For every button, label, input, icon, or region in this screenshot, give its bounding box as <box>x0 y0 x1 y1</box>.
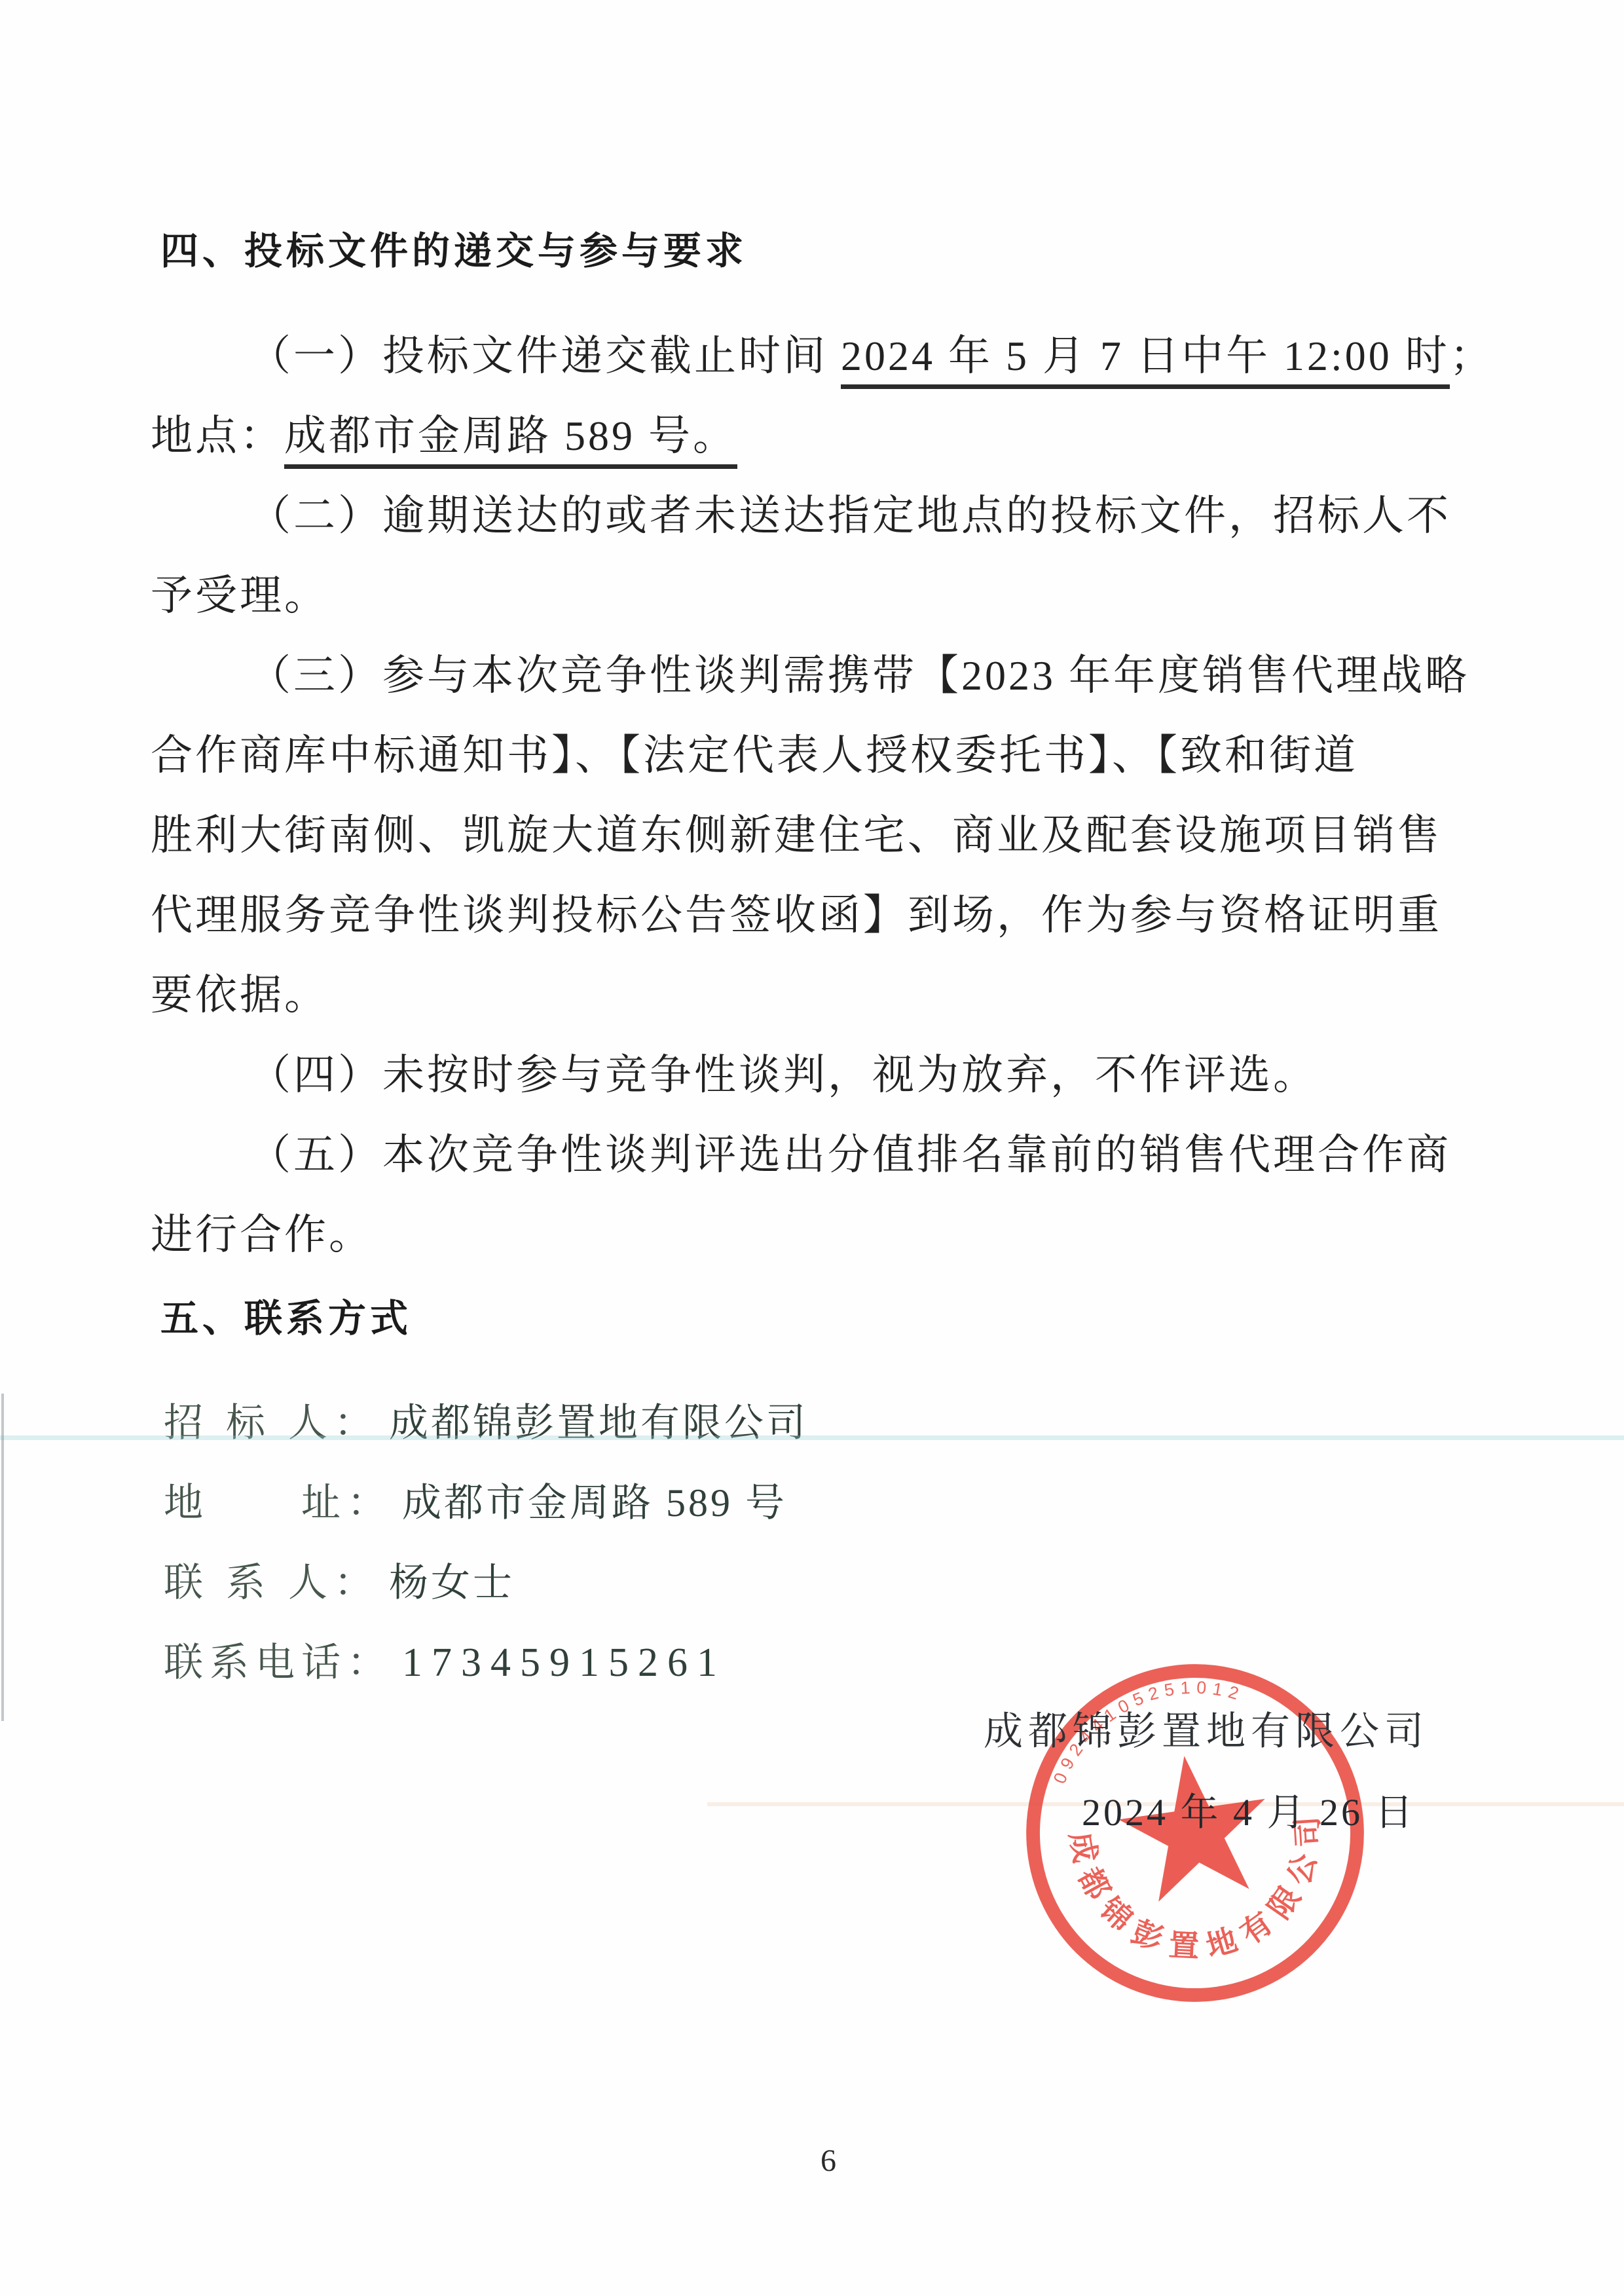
body-line: 予受理。 <box>151 566 1473 626</box>
body-line: 进行合作。 <box>151 1205 1473 1265</box>
line-text: 合作商库中标通知书】、【法定代表人授权委托书】、【致和街道 <box>151 732 1358 779</box>
line-text: 代理服务竞争性谈判投标公告签收函】到场，作为参与资格证明重 <box>151 892 1442 938</box>
line-text: 予受理。 <box>151 572 329 619</box>
scan-artifact-horizontal-line <box>0 1435 1624 1440</box>
body-line: （二）逾期送达的或者未送达指定地点的投标文件，招标人不 <box>151 486 1572 546</box>
section5-heading: 五、联系方式 <box>160 1287 1208 1342</box>
section4-heading: 四、投标文件的递交与参与要求 <box>160 220 1208 275</box>
body-line: （四）未按时参与竞争性谈判，视为放弃，不作评选。 <box>151 1045 1572 1105</box>
contact-value: 成都市金周路 589 号 <box>402 1481 787 1525</box>
line-text: （二）逾期送达的或者未送达指定地点的投标文件，招标人不 <box>249 492 1451 539</box>
line-text: 胜利大街南侧、凯旋大道东侧新建住宅、商业及配套设施项目销售 <box>151 812 1442 859</box>
contact-row: 招 标 人：成都锦彭置地有限公司 <box>164 1394 1146 1453</box>
contact-row: 地 址：成都市金周路 589 号 <box>164 1473 1146 1532</box>
document-page-6: { "colors": { "seal_red": "#e8473d", "bo… <box>0 0 1624 2296</box>
page-number: 6 <box>786 2143 871 2179</box>
page-background: 四、投标文件的递交与参与要求 （一）投标文件递交截止时间 2024 年 5 月 … <box>0 0 1624 2296</box>
body-line: 地点：成都市金周路 589 号。 <box>151 406 1473 466</box>
contact-label: 联系电话： <box>164 1641 393 1684</box>
line-text: （三）参与本次竞争性谈判需携带【2023 年年度销售代理战略 <box>249 652 1469 699</box>
line-text: 要依据。 <box>151 972 329 1018</box>
body-line: 要依据。 <box>151 965 1473 1026</box>
scan-artifact-left-edge-line <box>1 1394 4 1721</box>
body-line: 代理服务竞争性谈判投标公告签收函】到场，作为参与资格证明重 <box>151 885 1473 946</box>
line-text: （一）投标文件递交截止时间 <box>249 333 841 379</box>
line-text: 进行合作。 <box>151 1212 373 1258</box>
underlined-text: 成都市金周路 589 号。 <box>284 413 737 469</box>
body-line: （五）本次竞争性谈判评选出分值排名靠前的销售代理合作商 <box>151 1125 1572 1185</box>
body-line: 胜利大街南侧、凯旋大道东侧新建住宅、商业及配套设施项目销售 <box>151 805 1473 866</box>
contact-row: 联 系 人：杨女士 <box>164 1553 1146 1612</box>
body-line: （一）投标文件递交截止时间 2024 年 5 月 7 日中午 12:00 时； <box>151 326 1572 386</box>
contact-value: 杨女士 <box>389 1561 515 1604</box>
contact-label: 联 系 人： <box>164 1561 380 1604</box>
signature-date: 2024 年 4 月 26 日 <box>1082 1781 1416 1836</box>
underlined-text: 2024 年 5 月 7 日中午 12:00 时 <box>841 333 1450 389</box>
contact-value: 17345915261 <box>402 1640 726 1685</box>
line-text: 地点： <box>151 413 284 459</box>
line-text: ； <box>1450 333 1494 379</box>
line-text: （五）本次竞争性谈判评选出分值排名靠前的销售代理合作商 <box>249 1132 1451 1178</box>
contact-label: 地 址： <box>164 1481 393 1525</box>
body-line: 合作商库中标通知书】、【法定代表人授权委托书】、【致和街道 <box>151 726 1473 786</box>
signature-company-name: 成都锦彭置地有限公司 <box>984 1700 1429 1756</box>
body-line: （三）参与本次竞争性谈判需携带【2023 年年度销售代理战略 <box>151 646 1572 706</box>
line-text: （四）未按时参与竞争性谈判，视为放弃，不作评选。 <box>249 1052 1318 1098</box>
